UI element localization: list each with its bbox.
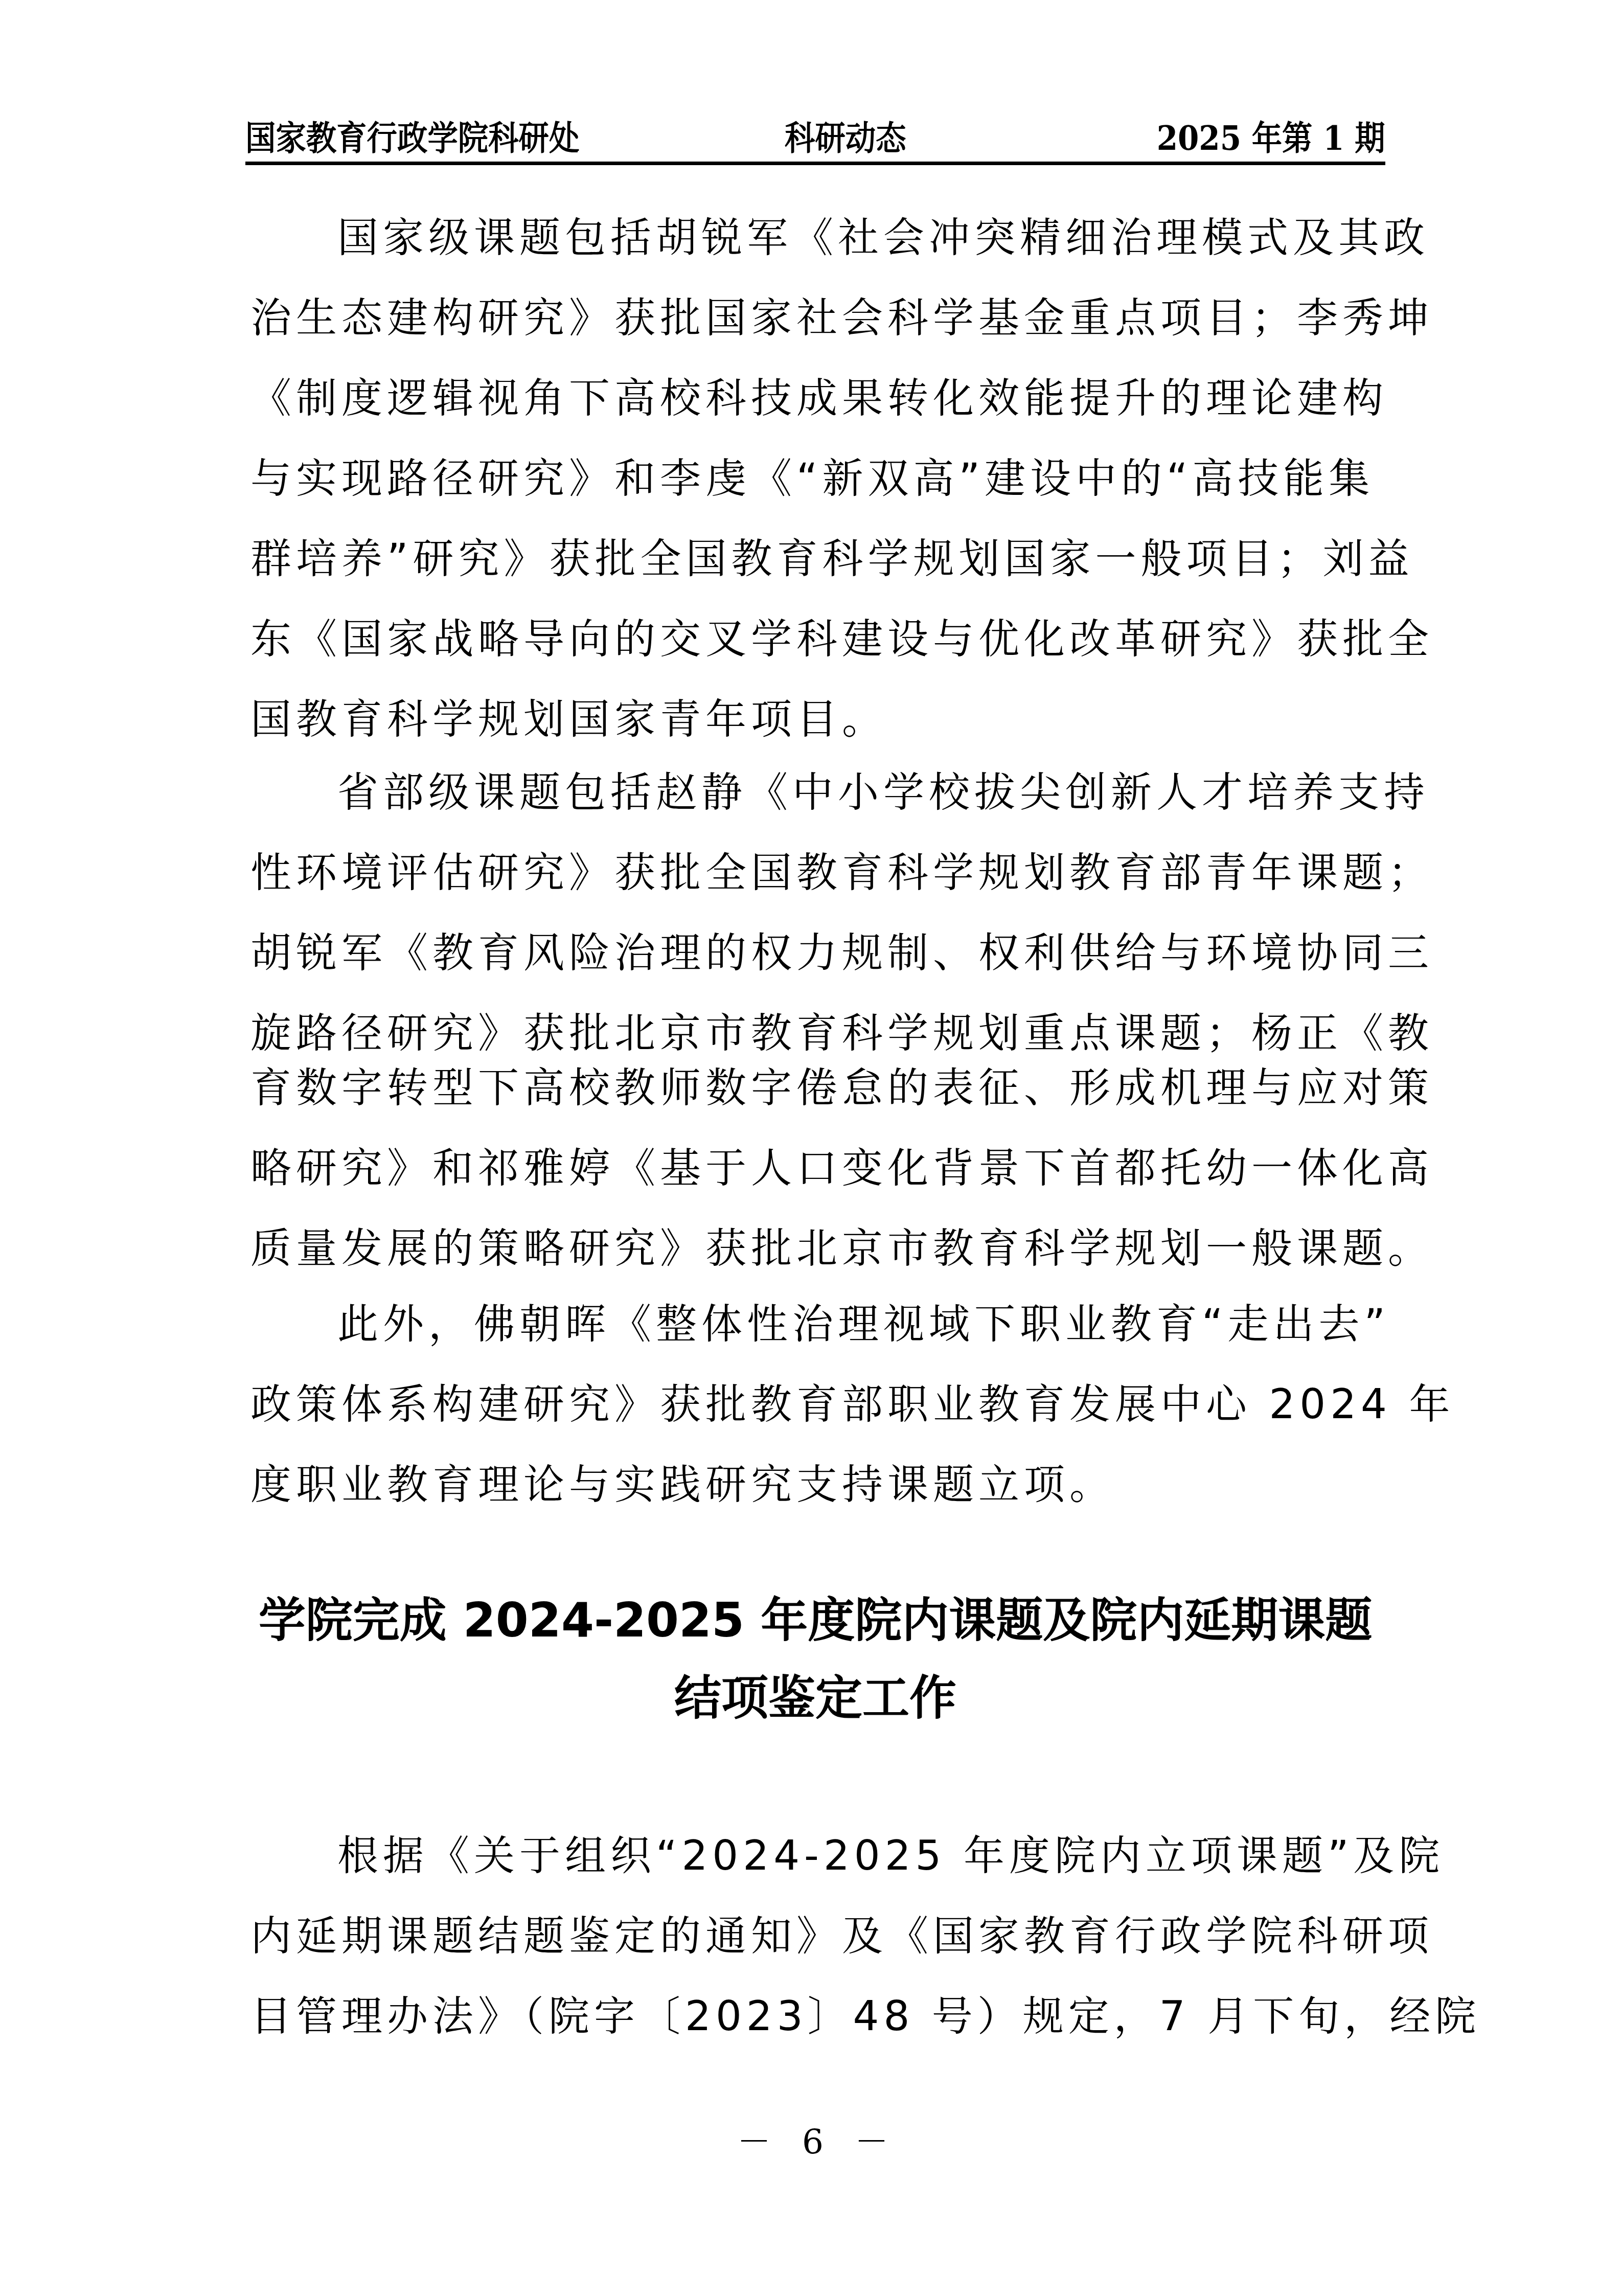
text-line: 治生态建构研究》获批国家社会科学基金重点项目；李秀坤 [250,292,1385,344]
section-heading-line: 结项鉴定工作 [245,1668,1385,1729]
text-line: 旋路径研究》获批北京市教育科学规划重点课题；杨正《教 [250,1008,1385,1059]
text-line: 与实现路径研究》和李虔《“新双高”建设中的“高技能集 [250,453,1385,504]
text-line: 此外，佛朝晖《整体性治理视域下职业教育“走出去” [337,1299,1385,1350]
text-line: 政策体系构建研究》获批教育部职业教育发展中心 2024 年 [250,1379,1385,1430]
text-line: 目管理办法》（院字〔2023〕48 号）规定，7 月下旬，经院 [250,1991,1385,2042]
text-line: 群培养”研究》获批全国教育科学规划国家一般项目；刘益 [250,533,1385,584]
header-publication-title: 科研动态 [785,115,906,161]
header-department: 国家教育行政学院科研处 [245,115,579,161]
page-number: － 6 － [665,2117,971,2168]
text-line: 《制度逻辑视角下高校科技成果转化效能提升的理论建构 [250,373,1385,424]
text-line: 质量发展的策略研究》获批北京市教育科学规划一般课题。 [250,1223,1385,1274]
text-line: 国家级课题包括胡锐军《社会冲突精细治理模式及其政 [337,212,1385,263]
text-line: 根据《关于组织“2024-2025 年度院内立项课题”及院 [337,1830,1385,1881]
running-header: 国家教育行政学院科研处 科研动态 2025 年第 1 期 [245,115,1385,161]
header-rule [245,162,1385,165]
text-line: 性环境评估研究》获批全国教育科学规划教育部青年课题； [250,847,1385,898]
text-line: 国教育科学规划国家青年项目。 [250,694,1385,745]
section-heading-line: 学院完成 2024-2025 年度院内课题及院内延期课题 [245,1590,1385,1651]
text-line: 内延期课题结题鉴定的通知》及《国家教育行政学院科研项 [250,1911,1385,1962]
text-line: 度职业教育理论与实践研究支持课题立项。 [250,1459,1385,1510]
text-line: 胡锐军《教育风险治理的权力规制、权利供给与环境协同三 [250,927,1385,979]
text-line: 育数字转型下高校教师数字倦怠的表征、形成机理与应对策 [250,1062,1385,1113]
text-line: 省部级课题包括赵静《中小学校拔尖创新人才培养支持 [337,767,1385,818]
header-issue-number: 2025 年第 1 期 [1157,115,1385,161]
text-line: 东《国家战略导向的交叉学科建设与优化改革研究》获批全 [250,613,1385,665]
text-line: 略研究》和祁雅婷《基于人口变化背景下首都托幼一体化高 [250,1143,1385,1194]
